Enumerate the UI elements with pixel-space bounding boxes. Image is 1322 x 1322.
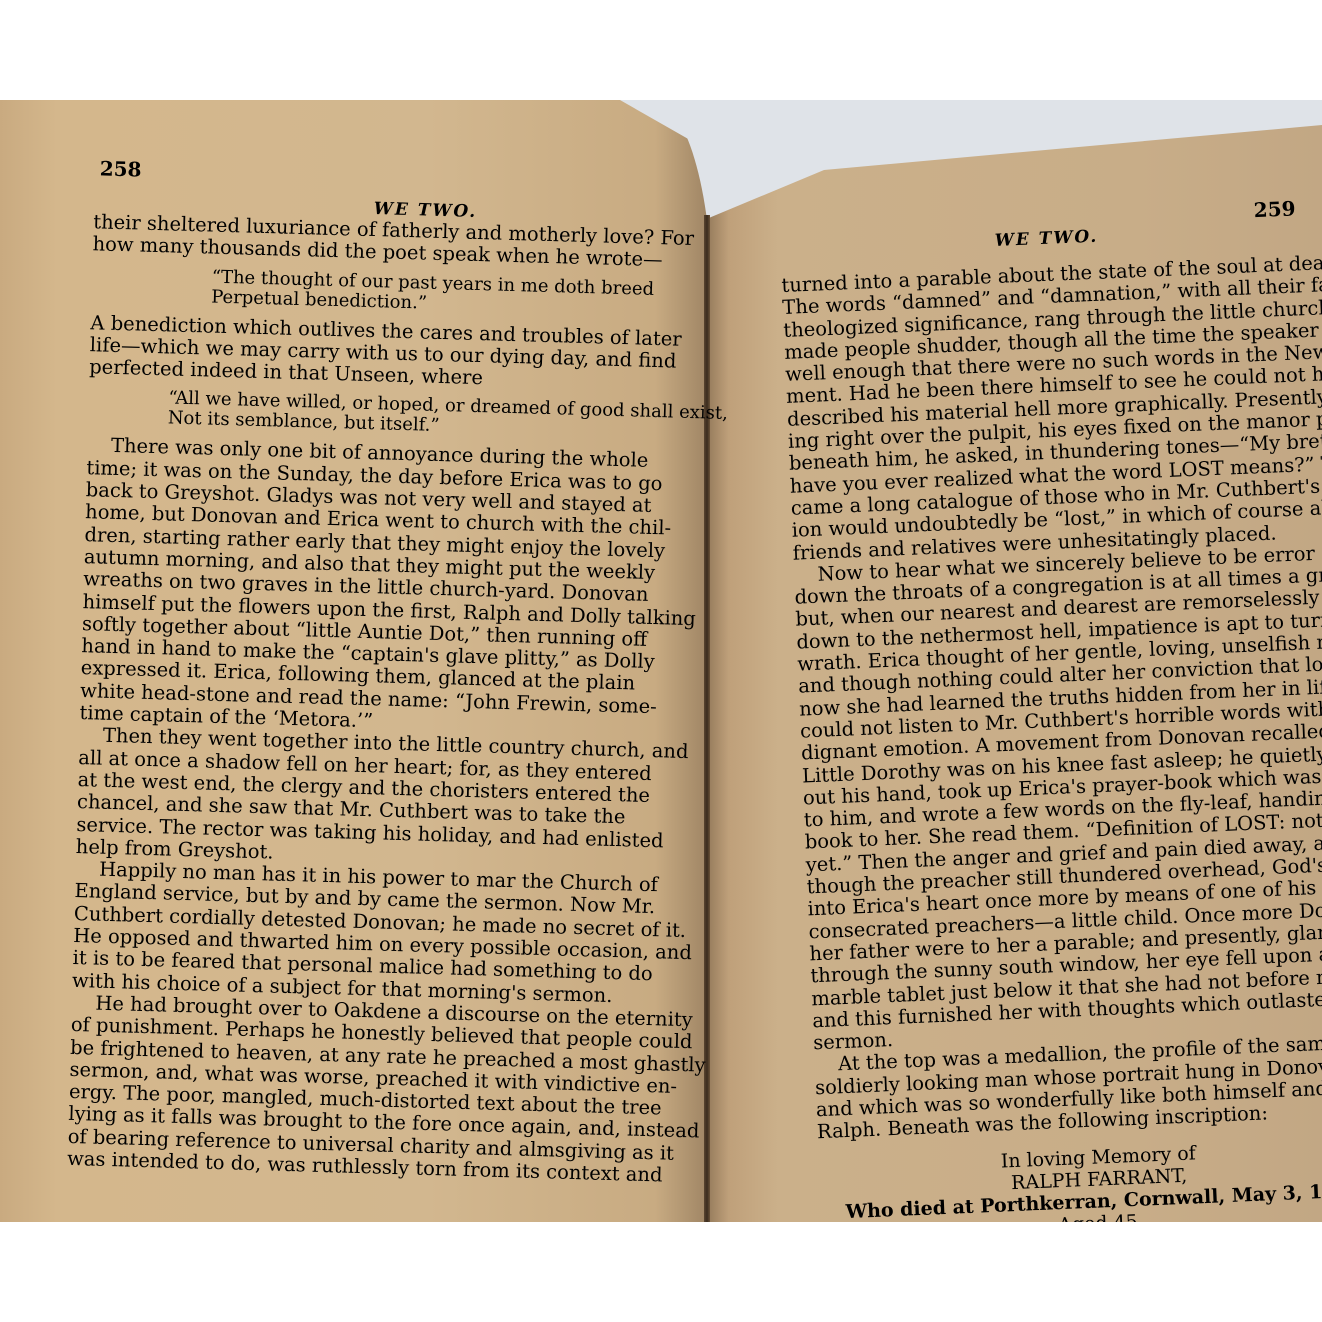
left-body: their sheltered luxuriance of fatherly a… [67,211,694,1187]
page-number-left: 258 [99,156,141,181]
right-body: turned into a parable about the state of… [781,252,1322,1222]
book-photo: 258 WE TWO. their sheltered luxuriance o… [0,100,1322,1222]
page-number-right: 259 [1253,196,1296,222]
